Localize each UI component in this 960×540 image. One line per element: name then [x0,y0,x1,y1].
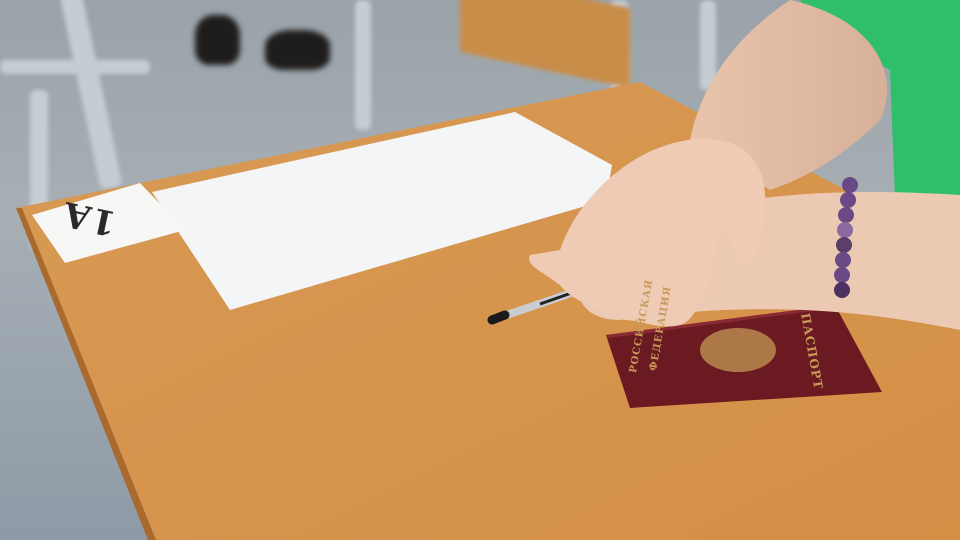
scene-drawing [0,0,960,540]
photo-scene: 1A РОССИЙСКАЯ ФЕДЕРАЦИЯ ПАСПОРТ [0,0,960,540]
coat-of-arms-emblem [700,328,776,372]
